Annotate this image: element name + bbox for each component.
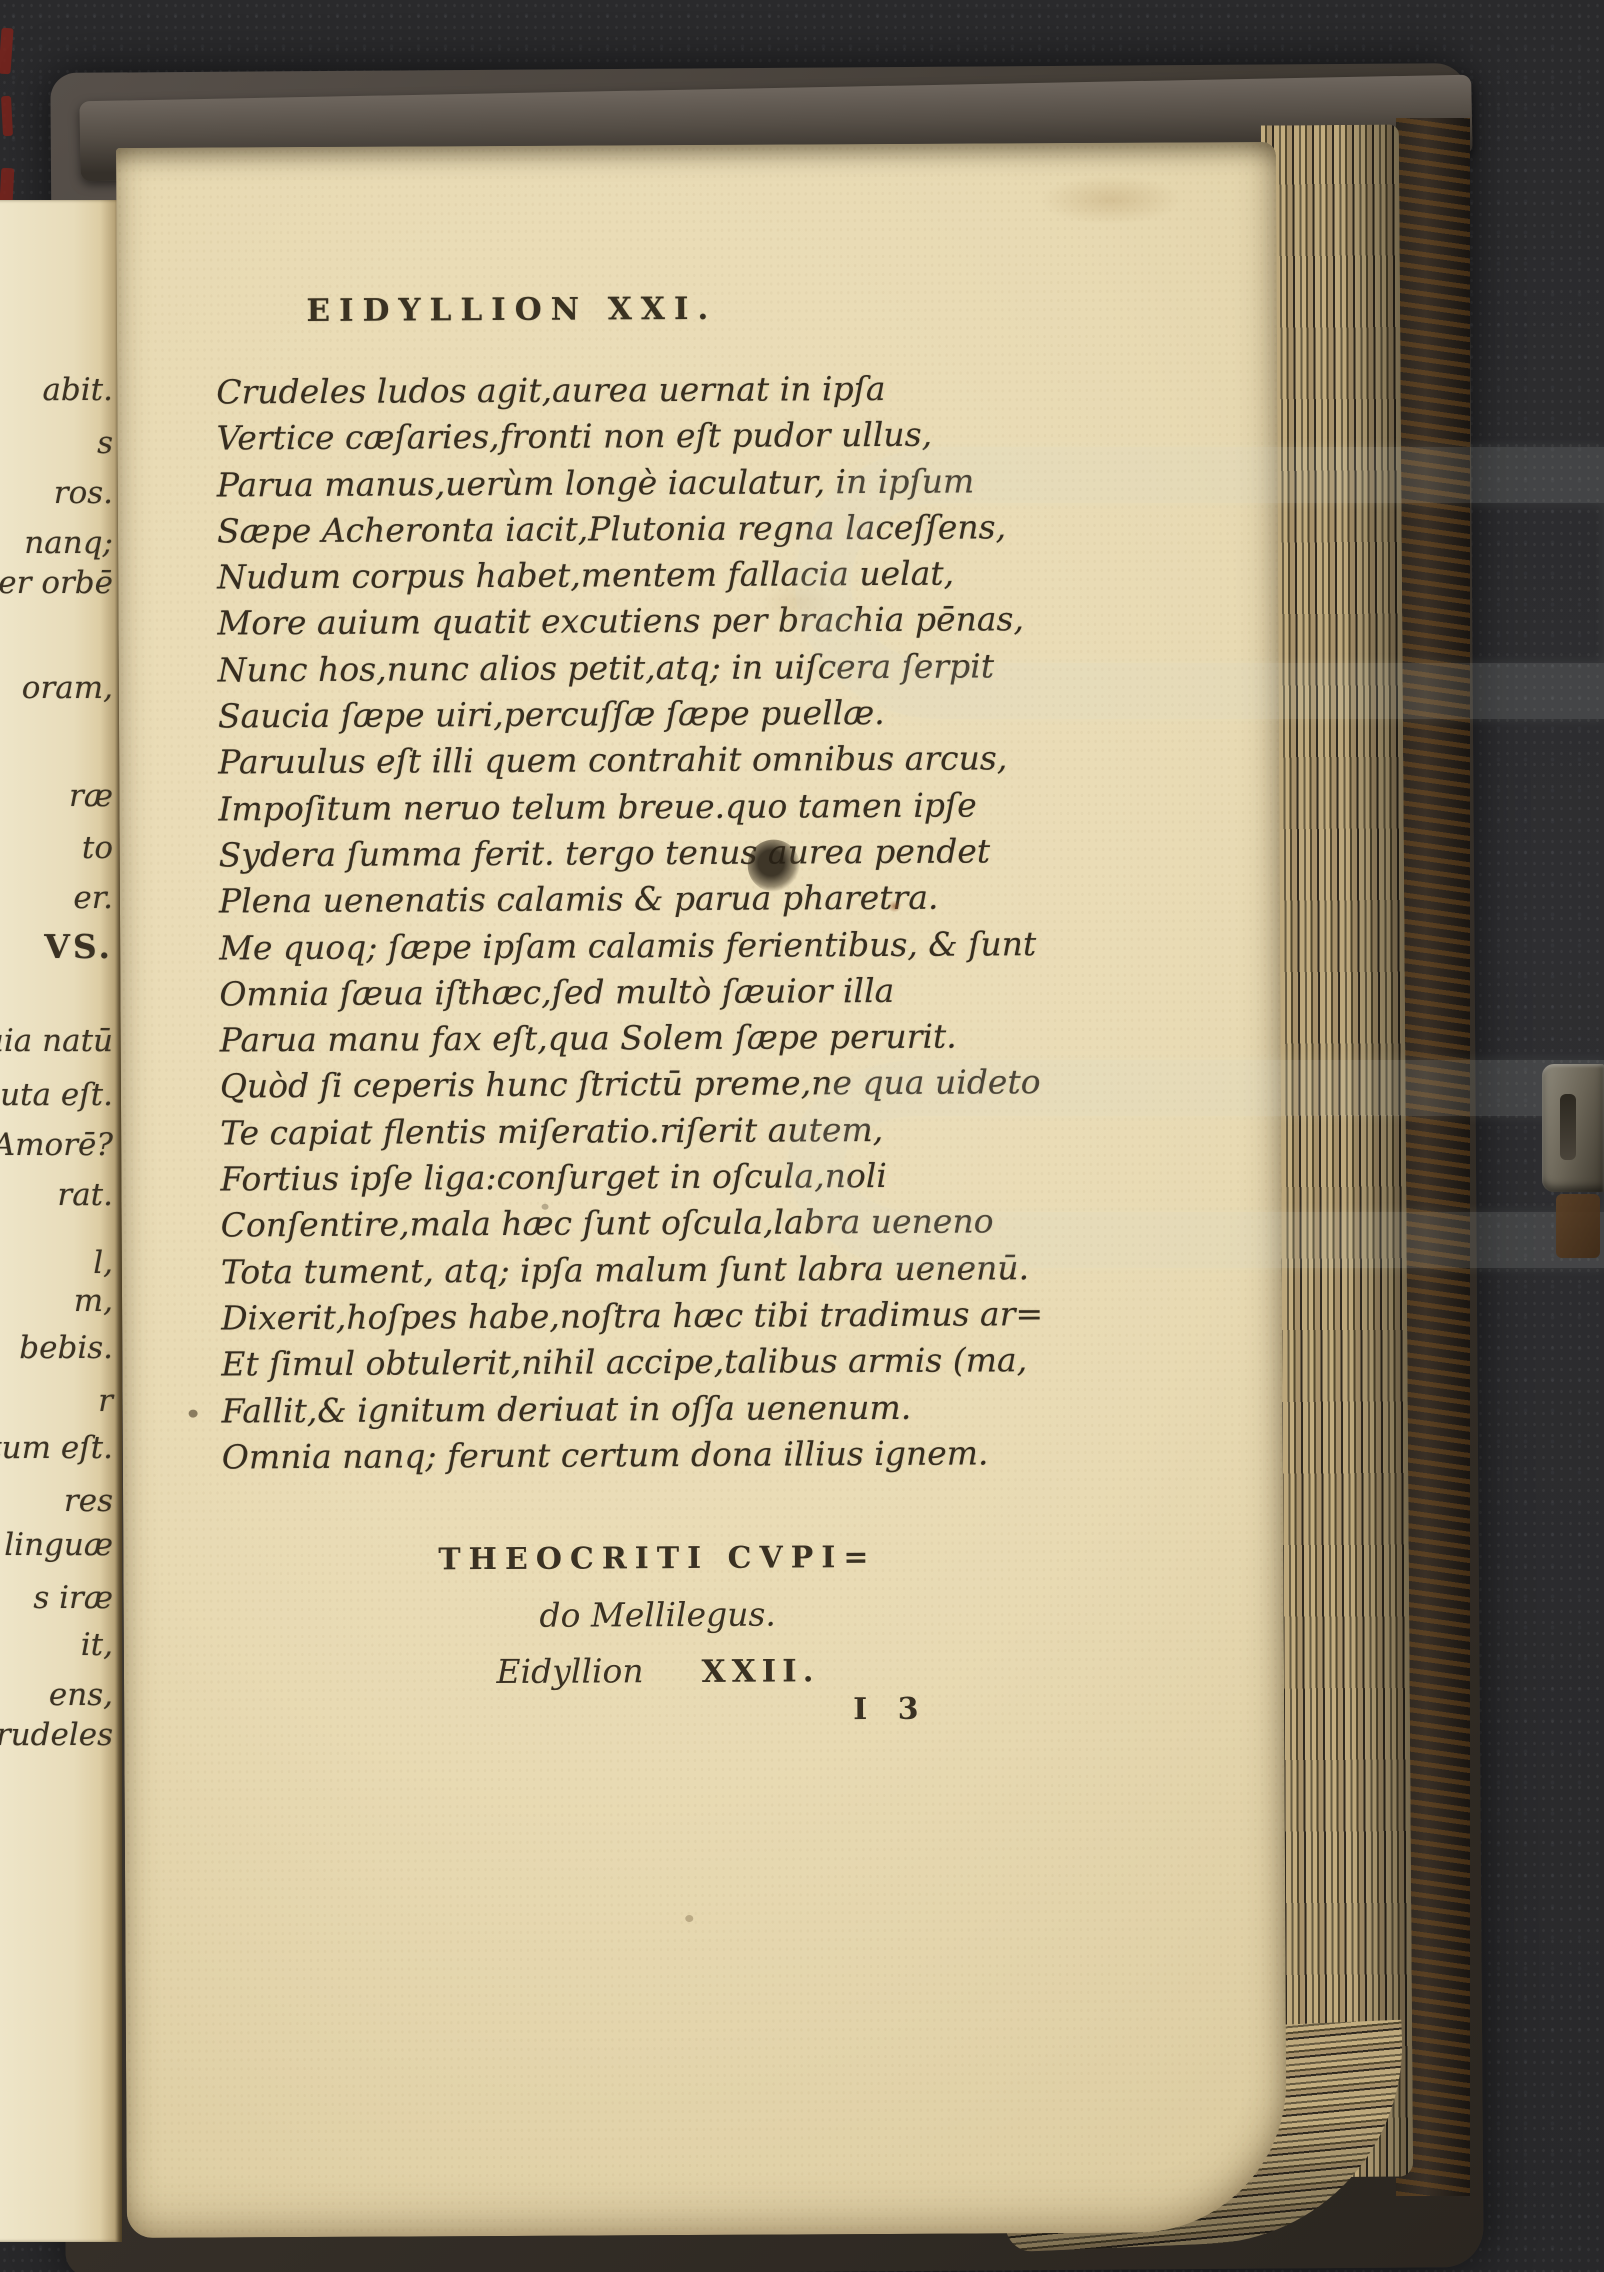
margin-fragment: m, (74, 1283, 113, 1319)
paper-speck (189, 1410, 198, 1418)
margin-fragment: abit. (42, 372, 113, 408)
margin-fragment: s (97, 425, 113, 461)
margin-fragment: ræ (69, 778, 113, 814)
poem-line: Fallit,& ignitum deriuat in oſſa uenenum… (221, 1383, 1081, 1434)
signature-mark: I 3 (853, 1692, 929, 1727)
page-title: EIDYLLION XXI. (277, 291, 747, 329)
margin-fragment: bebis. (19, 1330, 113, 1366)
margin-fragment: to (82, 830, 113, 866)
book-clasp (1542, 1064, 1604, 1192)
margin-fragment: ros. (54, 475, 113, 511)
poem-line: Omnia nanq; ferunt certum dona illius ig… (222, 1430, 1082, 1481)
transparent-page-strap (795, 447, 1604, 719)
poem-line: Me quoq; ſæpe ipſam calamis ferientibus,… (219, 921, 1079, 972)
margin-fragment: nanq; (24, 525, 113, 561)
margin-fragment: a linguæ (0, 1527, 113, 1563)
margin-fragment: it, (81, 1627, 113, 1663)
margin-fragment: tum eſt. (0, 1430, 113, 1466)
poem-line: Paruulus eſt illi quem contrahit omnibus… (218, 735, 1078, 786)
margin-fragment: VS. (44, 927, 113, 966)
book-clasp-tab (1556, 1194, 1600, 1258)
red-edge-mark (1, 96, 13, 136)
margin-fragment: res (64, 1483, 113, 1519)
scanned-book-photo: abit. s ros. nanq; er orbē oram, ræ to e… (0, 0, 1604, 2272)
paper-stain (1016, 166, 1206, 233)
margin-fragment: s iræ (33, 1580, 113, 1616)
colophon-next-idyll-numeral: XXII. (702, 1653, 820, 1690)
facing-page-sliver: abit. s ros. nanq; er orbē oram, ræ to e… (0, 200, 122, 2242)
colophon-title-line: THEOCRITI CVPI= (337, 1532, 977, 1587)
poem-line: Sydera ſumma ferit. tergo tenus aurea pe… (219, 828, 1079, 879)
margin-fragment: er orbē (0, 565, 113, 601)
margin-fragment: r (98, 1383, 113, 1419)
red-edge-mark (0, 28, 14, 75)
margin-fragment: Amorē? (0, 1127, 113, 1163)
colophon-subtitle-line: do Mellilegus. (338, 1588, 978, 1643)
poem-line: Omnia ſæua iſthæc,ſed multò ſæuior illa (219, 967, 1079, 1018)
poem-line: Et ſimul obtulerit,nihil accipe,talibus … (221, 1337, 1081, 1388)
transparent-page-strap (788, 1060, 1604, 1268)
colophon: THEOCRITI CVPI= do Mellilegus. Eidyllion… (337, 1532, 978, 1700)
margin-fragment: uia natū (0, 1023, 113, 1059)
poem-line: Crudeles ludos agit,aurea uernat in ipſa (216, 365, 1076, 416)
margin-fragment: rudeles (0, 1717, 113, 1753)
margin-fragment: er. (73, 880, 113, 916)
poem-line: Plena uenenatis calamis & parua pharetra… (219, 874, 1079, 925)
margin-fragment: cuta eſt. (0, 1077, 113, 1113)
margin-fragment: rat. (57, 1177, 113, 1213)
paper-speck (685, 1915, 693, 1922)
poem-line: Parua manu fax eſt,qua Solem ſæpe peruri… (220, 1013, 1080, 1064)
colophon-next-idyll-word: Eidyllion (496, 1651, 643, 1691)
poem-line: Impoſitum neruo telum breue.quo tamen ip… (218, 782, 1078, 833)
book-clasp-slot (1560, 1094, 1576, 1160)
poem-line: Dixerit,hoſpes habe,noſtra hæc tibi trad… (221, 1291, 1081, 1342)
margin-fragment: ens, (49, 1677, 113, 1713)
margin-fragment: oram, (22, 670, 113, 706)
margin-fragment: l, (93, 1245, 113, 1281)
